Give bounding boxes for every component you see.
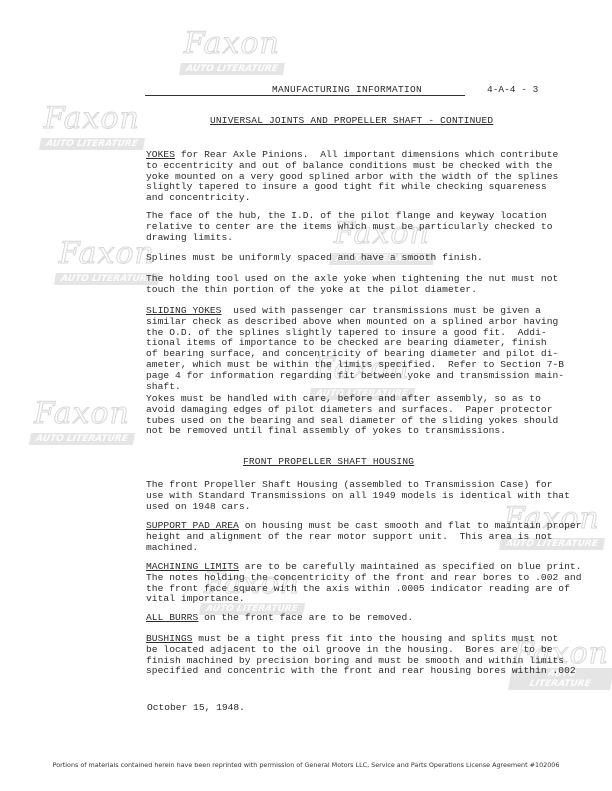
paragraph: BUSHINGS must be a tight press fit into … [146, 634, 536, 677]
watermark-tagline: AUTO LITERATURE [179, 63, 285, 75]
paragraph: The face of the hub, the I.D. of the pil… [146, 211, 536, 243]
paragraph: SUPPORT PAD AREA on housing must be cast… [146, 521, 536, 553]
paragraph: The front Propeller Shaft Housing (assem… [146, 480, 536, 512]
paragraph: Yokes must be handled with care, before … [146, 394, 536, 437]
page-number: 4-A-4 - 3 [487, 84, 538, 95]
paragraph-lead-term: YOKES [146, 149, 175, 160]
paragraph-lead-term: SUPPORT PAD AREA [146, 520, 239, 531]
watermark-logo: Faxon AUTO LITERATURE [180, 30, 284, 76]
paragraph-lead-term: SLIDING YOKES [146, 305, 222, 316]
license-footer: Portions of materials contained herein h… [0, 761, 612, 769]
section-title-universal-joints: UNIVERSAL JOINTS AND PROPELLER SHAFT - C… [210, 115, 493, 126]
paragraph: MACHINING LIMITS are to be carefully mai… [146, 562, 536, 605]
section-title-front-propeller-shaft-housing: FRONT PROPELLER SHAFT HOUSING [243, 456, 414, 467]
paragraph: YOKES for Rear Axle Pinions. All importa… [146, 150, 536, 204]
watermark-logo: Faxon AUTO LITERATURE [30, 400, 134, 446]
paragraph: The holding tool used on the axle yoke w… [146, 274, 536, 296]
paragraph: SLIDING YOKES used with passenger car tr… [146, 306, 536, 392]
paragraph-lead-term: ALL BURRS [146, 612, 198, 623]
document-date: October 15, 1948. [147, 702, 245, 713]
watermark-logo: Faxon AUTO LITERATURE [40, 105, 144, 151]
paragraph-lead-term: BUSHINGS [146, 633, 192, 644]
page-header-title: MANUFACTURING INFORMATION [272, 84, 422, 95]
watermark-brand: Faxon [180, 30, 284, 58]
paragraph-lead-term: MACHINING LIMITS [146, 561, 239, 572]
paragraph: ALL BURRS on the front face are to be re… [146, 613, 536, 624]
paragraph: Splines must be uniformly spaced and hav… [146, 253, 536, 264]
header-divider [145, 95, 465, 96]
watermark-logo: Faxon AUTO LITERATURE [55, 240, 159, 286]
